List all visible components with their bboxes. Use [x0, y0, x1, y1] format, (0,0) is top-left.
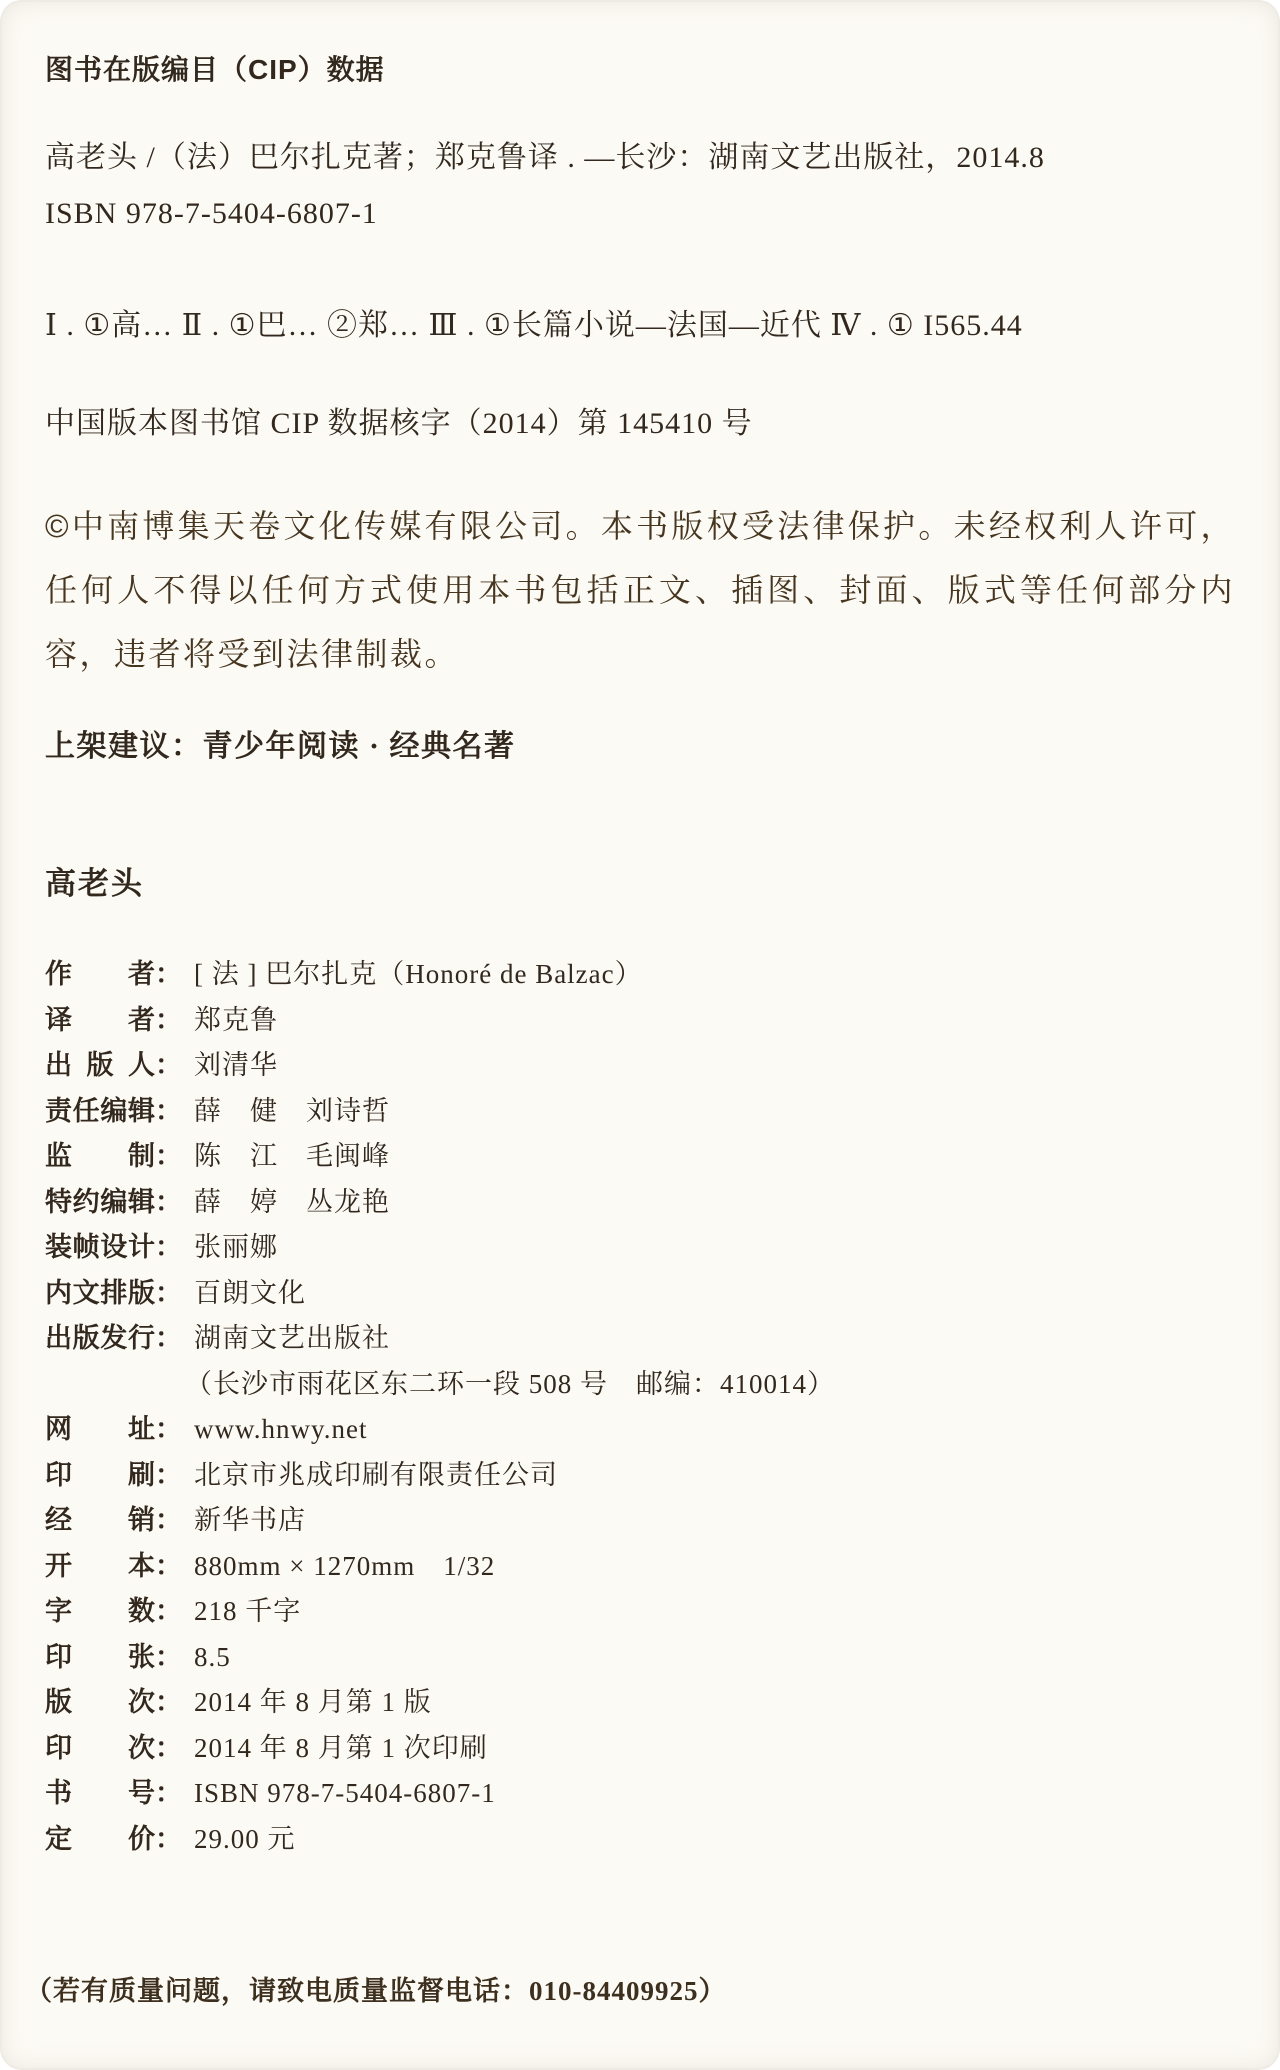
shelf-suggestion: 上架建议：青少年阅读 · 经典名著 [45, 726, 1235, 768]
credit-label: 责任编辑 [45, 1089, 155, 1135]
credit-row: 印张：8.5 [45, 1635, 1235, 1681]
credit-row: 版次：2014 年 8 月第 1 版 [45, 1680, 1235, 1726]
credit-label: 印刷 [45, 1453, 155, 1499]
credit-value: 薛 健 刘诗哲 [194, 1096, 390, 1126]
isbn-line: ISBN 978-7-5404-6807-1 [45, 186, 1235, 242]
credit-value: 8.5 [194, 1642, 231, 1672]
credit-colon: ： [155, 1141, 182, 1171]
credit-row: 印刷：北京市兆成印刷有限责任公司 [45, 1453, 1235, 1499]
credit-label: 装帧设计 [45, 1225, 155, 1271]
cip-record-line: 高老头 /（法）巴尔扎克著；郑克鲁译 . —长沙：湖南文艺出版社，2014.8 [45, 130, 1235, 186]
credit-row: 监制：陈 江 毛闽峰 [45, 1134, 1235, 1180]
credit-label: 网址 [45, 1407, 155, 1453]
book-title: 高老头 [45, 862, 1235, 906]
credit-value: 2014 年 8 月第 1 次印刷 [194, 1733, 488, 1763]
credit-colon: ： [155, 1005, 182, 1035]
credit-colon: ： [155, 1323, 182, 1353]
credit-row: 字数：218 千字 [45, 1589, 1235, 1635]
credit-label: 定价 [45, 1817, 155, 1863]
credit-row: 经销：新华书店 [45, 1498, 1235, 1544]
credit-value: 218 千字 [194, 1596, 301, 1626]
credit-row: 定价：29.00 元 [45, 1817, 1235, 1863]
credit-label: 作者 [45, 952, 155, 998]
copyright-page: 图书在版编目（CIP）数据 高老头 /（法）巴尔扎克著；郑克鲁译 . —长沙：湖… [0, 0, 1280, 2070]
credit-value: 薛 婷 丛龙艳 [194, 1187, 390, 1217]
credit-colon: ： [155, 1232, 182, 1262]
copyright-notice: ©中南博集天卷文化传媒有限公司。本书版权受法律保护。未经权利人许可，任何人不得以… [45, 494, 1235, 686]
cip-registry-number: 中国版本图书馆 CIP 数据核字（2014）第 145410 号 [45, 404, 1235, 444]
credit-row: 印次：2014 年 8 月第 1 次印刷 [45, 1726, 1235, 1772]
credit-row: 出版人：刘清华 [45, 1043, 1235, 1089]
credit-colon: ： [155, 1596, 182, 1626]
cip-data-header: 图书在版编目（CIP）数据 [45, 52, 1235, 88]
credit-row: 内文排版：百朗文化 [45, 1271, 1235, 1317]
credit-row: 网址：www.hnwy.net [45, 1407, 1235, 1453]
credit-colon: ： [155, 1687, 182, 1717]
credit-colon: ： [155, 1505, 182, 1535]
credit-label: 内文排版 [45, 1271, 155, 1317]
credit-label: 开本 [45, 1544, 155, 1590]
credit-colon: ： [155, 1824, 182, 1854]
credit-colon: ： [155, 1733, 182, 1763]
credit-value: 29.00 元 [194, 1824, 296, 1854]
credit-value: 2014 年 8 月第 1 版 [194, 1687, 432, 1717]
credit-colon: ： [155, 1778, 182, 1808]
publication-credits: 作者：[ 法 ] 巴尔扎克（Honoré de Balzac） 译者：郑克鲁 出… [45, 952, 1235, 1862]
credit-label: 字数 [45, 1589, 155, 1635]
credit-value: 张丽娜 [194, 1232, 278, 1262]
credit-value: 湖南文艺出版社 [194, 1323, 390, 1353]
credit-value: ISBN 978-7-5404-6807-1 [194, 1778, 496, 1808]
cip-classification-line: Ⅰ . ①高… Ⅱ . ①巴… ②郑… Ⅲ . ①长篇小说—法国—近代 Ⅳ . … [45, 306, 1235, 346]
quality-hotline-note: （若有质量问题，请致电质量监督电话：010-84409925） [25, 1972, 1235, 2010]
credit-colon: ： [155, 1187, 182, 1217]
credit-colon: ： [155, 1050, 182, 1080]
credit-label: 出版发行 [45, 1316, 155, 1362]
credit-colon: ： [155, 959, 182, 989]
credit-value: 880mm × 1270mm 1/32 [194, 1551, 495, 1581]
credit-value: 百朗文化 [194, 1278, 306, 1308]
credit-label: 书号 [45, 1771, 155, 1817]
credit-colon: ： [155, 1096, 182, 1126]
credit-label: 译者 [45, 998, 155, 1044]
cip-record-block: 高老头 /（法）巴尔扎克著；郑克鲁译 . —长沙：湖南文艺出版社，2014.8 … [45, 130, 1235, 242]
credit-value: 新华书店 [194, 1505, 306, 1535]
credit-label: 出版人 [45, 1043, 155, 1089]
credit-label: 监制 [45, 1134, 155, 1180]
credit-colon: ： [155, 1460, 182, 1490]
credit-label: 经销 [45, 1498, 155, 1544]
credit-value: 郑克鲁 [194, 1005, 278, 1035]
credit-colon: ： [155, 1414, 182, 1444]
credit-value: 陈 江 毛闽峰 [194, 1141, 390, 1171]
credit-row: 出版发行：湖南文艺出版社 [45, 1316, 1235, 1362]
publisher-address: （长沙市雨花区东二环一段 508 号 邮编：410014） [45, 1362, 1235, 1408]
credit-label: 印张 [45, 1635, 155, 1681]
credit-row: 作者：[ 法 ] 巴尔扎克（Honoré de Balzac） [45, 952, 1235, 998]
credit-label: 版次 [45, 1680, 155, 1726]
credit-value: [ 法 ] 巴尔扎克（Honoré de Balzac） [194, 959, 643, 989]
credit-row: 开本：880mm × 1270mm 1/32 [45, 1544, 1235, 1590]
credit-row: 书号：ISBN 978-7-5404-6807-1 [45, 1771, 1235, 1817]
credit-value: 北京市兆成印刷有限责任公司 [194, 1460, 558, 1490]
credit-value: www.hnwy.net [194, 1414, 367, 1444]
credit-colon: ： [155, 1278, 182, 1308]
credit-label: 印次 [45, 1726, 155, 1772]
credit-row: 责任编辑：薛 健 刘诗哲 [45, 1089, 1235, 1135]
credit-colon: ： [155, 1642, 182, 1672]
credit-label: 特约编辑 [45, 1180, 155, 1226]
credit-value: 刘清华 [194, 1050, 278, 1080]
credit-row: 特约编辑：薛 婷 丛龙艳 [45, 1180, 1235, 1226]
credit-row: 译者：郑克鲁 [45, 998, 1235, 1044]
credit-row: 装帧设计：张丽娜 [45, 1225, 1235, 1271]
credit-colon: ： [155, 1551, 182, 1581]
